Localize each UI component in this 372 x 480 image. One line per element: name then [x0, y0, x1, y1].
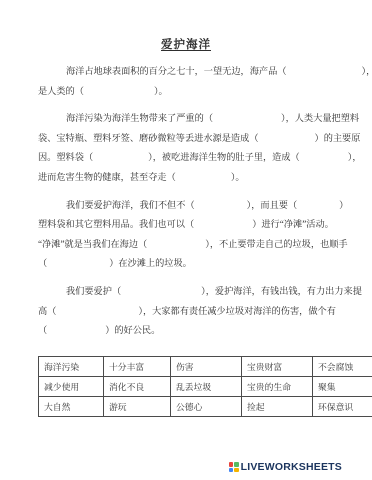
- paren-open: （: [204, 113, 213, 123]
- body-text: 是人类的: [38, 86, 75, 96]
- paren-open: （: [185, 200, 194, 210]
- paren-close: ）: [339, 200, 348, 210]
- paren-open: （: [167, 172, 176, 182]
- paren-open: （: [112, 286, 121, 296]
- text-line: 海洋占地球表面积的百分之七十，一望无边，海产品（），: [38, 62, 344, 82]
- text-line: 海洋污染为海洋生物带来了严重的（），人类大量把塑料: [38, 109, 344, 129]
- liveworksheets-logo[interactable]: LIVEWORKSHEETS: [229, 461, 342, 473]
- paren-open: （: [277, 66, 286, 76]
- body-text: 塑料袋和其它塑料用品。我们也可以: [38, 219, 185, 229]
- body-text: 我们要爱护海洋，我们不但不: [66, 200, 185, 210]
- liveworksheets-grid-icon: [229, 462, 239, 472]
- body-text: ，而且要: [251, 200, 288, 210]
- body-text: ，爱护海洋，有钱出钱，有力出力来提: [206, 286, 362, 296]
- paren-close: ）: [105, 325, 114, 335]
- body-text: 。: [235, 172, 244, 182]
- answer-blank[interactable]: （）: [204, 113, 286, 123]
- liveworksheets-logo-text: LIVEWORKSHEETS: [241, 461, 342, 473]
- answer-blank[interactable]: （）: [47, 306, 143, 316]
- body-text: ，被吃进海洋生物的肚子里，造成: [153, 152, 291, 162]
- body-text: 高: [38, 306, 47, 316]
- word-bank-body: 海洋污染十分丰富伤害宝贵财富不会腐蚀减少使用消化不良乱丢垃圾宝贵的生命聚集大自然…: [39, 356, 372, 416]
- word-bank-cell: 乱丢垃圾: [171, 376, 242, 396]
- paren-open: （: [84, 152, 93, 162]
- blank-gap[interactable]: [297, 207, 339, 208]
- paren-open: （: [38, 258, 47, 268]
- blank-gap[interactable]: [195, 207, 247, 208]
- body-text: ，不止要带走自己的垃圾，也顺手: [210, 239, 348, 249]
- text-line: 我们要爱护海洋，我们不但不（），而且要（）: [38, 196, 344, 216]
- body-text: ，人类大量把塑料: [286, 113, 360, 123]
- word-bank-row: 大自然游玩公德心捡起环保意识: [39, 396, 372, 416]
- paren-open: （: [185, 219, 194, 229]
- blank-gap[interactable]: [287, 73, 362, 74]
- paragraph: 我们要爱护海洋，我们不但不（），而且要（）塑料袋和其它塑料用品。我们也可以（）进…: [38, 196, 344, 274]
- paren-open: （: [38, 325, 47, 335]
- body-text: “净滩”就是当我们在海边: [38, 239, 138, 249]
- answer-blank[interactable]: （）: [84, 152, 153, 162]
- text-line: 因。塑料袋（），被吃进海洋生物的肚子里，造成（），: [38, 148, 344, 168]
- text-line: 我们要爱护（），爱护海洋，有钱出钱，有力出力来提: [38, 282, 344, 302]
- word-bank-cell: 减少使用: [39, 376, 104, 396]
- text-line: 进而危害生物的健康，甚至夺走（）。: [38, 168, 344, 188]
- answer-blank[interactable]: （）: [138, 239, 210, 249]
- paragraph: 我们要爱护（），爱护海洋，有钱出钱，有力出力来提高（），大家都有责任减少垃圾对海…: [38, 282, 344, 341]
- blank-gap[interactable]: [259, 140, 315, 141]
- worksheet-title: 爱护海洋: [0, 0, 372, 52]
- answer-blank[interactable]: （）: [291, 152, 353, 162]
- word-bank-cell: 宝贵的生命: [242, 376, 313, 396]
- paragraph: 海洋占地球表面积的百分之七十，一望无边，海产品（），是人类的（）。: [38, 62, 344, 101]
- blank-gap[interactable]: [56, 313, 138, 314]
- blank-gap[interactable]: [213, 120, 281, 121]
- blank-gap[interactable]: [47, 332, 105, 333]
- body-text: 。: [159, 86, 168, 96]
- paren-close: ）: [109, 258, 118, 268]
- blank-gap[interactable]: [121, 293, 201, 294]
- body-text: 进行“净滩”活动。: [261, 219, 333, 229]
- word-bank-cell: 聚集: [313, 376, 372, 396]
- answer-blank[interactable]: （）: [38, 325, 114, 335]
- paren-close: ）: [252, 219, 261, 229]
- word-bank-cell: 不会腐蚀: [313, 356, 372, 376]
- blank-gap[interactable]: [84, 93, 154, 94]
- text-line: 袋、宝特瓶、塑料牙签、磨砂微粒等丢进水源是造成（）的主要原: [38, 129, 344, 149]
- paren-close: ）: [315, 133, 324, 143]
- paren-open: （: [75, 86, 84, 96]
- body-text: 海洋占地球表面积的百分之七十，一望无边，海产品: [66, 66, 277, 76]
- body-text: 的好公民。: [114, 325, 160, 335]
- answer-blank[interactable]: （）: [185, 200, 251, 210]
- word-bank-cell: 海洋污染: [39, 356, 104, 376]
- word-bank-cell: 公德心: [171, 396, 242, 416]
- text-line: 高（），大家都有责任减少垃圾对海洋的伤害，做个有: [38, 302, 344, 322]
- word-bank-row: 海洋污染十分丰富伤害宝贵财富不会腐蚀: [39, 356, 372, 376]
- text-line: （）在沙滩上的垃圾。: [38, 254, 344, 274]
- body-text: ，: [366, 66, 372, 76]
- blank-gap[interactable]: [300, 159, 348, 160]
- blank-gap[interactable]: [194, 226, 252, 227]
- blank-gap[interactable]: [147, 246, 205, 247]
- answer-blank[interactable]: （）: [75, 86, 159, 96]
- body-text: ，大家都有责任减少垃圾对海洋的伤害，做个有: [143, 306, 336, 316]
- text-line: 是人类的（）。: [38, 82, 344, 102]
- answer-blank[interactable]: （）: [288, 200, 348, 210]
- answer-blank[interactable]: （）: [38, 258, 118, 268]
- answer-blank[interactable]: （）: [185, 219, 261, 229]
- word-bank-cell: 游玩: [104, 396, 171, 416]
- body-text: 因。塑料袋: [38, 152, 84, 162]
- word-bank-table: 海洋污染十分丰富伤害宝贵财富不会腐蚀减少使用消化不良乱丢垃圾宝贵的生命聚集大自然…: [38, 356, 372, 417]
- word-bank-cell: 环保意识: [313, 396, 372, 416]
- word-bank-cell: 消化不良: [104, 376, 171, 396]
- paren-open: （: [291, 152, 300, 162]
- body-text: 在沙滩上的垃圾。: [118, 258, 192, 268]
- paren-open: （: [288, 200, 297, 210]
- paren-open: （: [138, 239, 147, 249]
- word-bank-cell: 捡起: [242, 396, 313, 416]
- word-bank-cell: 十分丰富: [104, 356, 171, 376]
- word-bank-row: 减少使用消化不良乱丢垃圾宝贵的生命聚集: [39, 376, 372, 396]
- answer-blank[interactable]: （）: [249, 133, 323, 143]
- body-text: 的主要原: [324, 133, 361, 143]
- blank-gap[interactable]: [176, 179, 231, 180]
- text-line: “净滩”就是当我们在海边（），不止要带走自己的垃圾，也顺手: [38, 235, 344, 255]
- paragraph: 海洋污染为海洋生物带来了严重的（），人类大量把塑料袋、宝特瓶、塑料牙签、磨砂微粒…: [38, 109, 344, 187]
- body-text: 进而危害生物的健康，甚至夺走: [38, 172, 167, 182]
- body-text: 袋、宝特瓶、塑料牙签、磨砂微粒等丢进水源是造成: [38, 133, 249, 143]
- blank-gap[interactable]: [93, 159, 148, 160]
- paren-open: （: [249, 133, 258, 143]
- word-bank-cell: 伤害: [171, 356, 242, 376]
- word-bank-cell: 大自然: [39, 396, 104, 416]
- text-line: 塑料袋和其它塑料用品。我们也可以（）进行“净滩”活动。: [38, 215, 344, 235]
- body-text: ，: [352, 152, 361, 162]
- answer-blank[interactable]: （）: [167, 172, 236, 182]
- body-text: 我们要爱护: [66, 286, 112, 296]
- body-text: 海洋污染为海洋生物带来了严重的: [66, 113, 204, 123]
- worksheet-body: 海洋占地球表面积的百分之七十，一望无边，海产品（），是人类的（）。海洋污染为海洋…: [0, 52, 372, 341]
- answer-blank[interactable]: （）: [277, 66, 366, 76]
- paren-open: （: [47, 306, 56, 316]
- answer-blank[interactable]: （）: [112, 286, 206, 296]
- text-line: （）的好公民。: [38, 321, 344, 341]
- worksheet-page: 爱护海洋 海洋占地球表面积的百分之七十，一望无边，海产品（），是人类的（）。海洋…: [0, 0, 372, 480]
- word-bank-cell: 宝贵财富: [242, 356, 313, 376]
- blank-gap[interactable]: [47, 265, 109, 266]
